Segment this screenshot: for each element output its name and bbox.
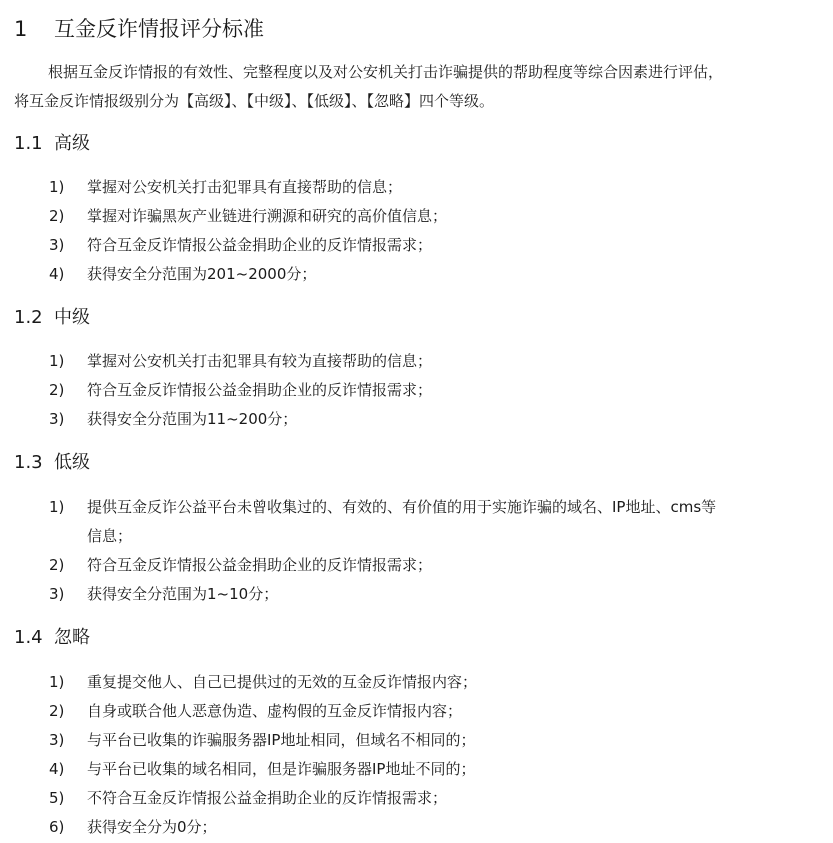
heading-title: 互金反诈情报评分标准 bbox=[54, 17, 264, 41]
list-text: 符合互金反诈情报公益金捐助企业的反诈情报需求； bbox=[87, 376, 432, 405]
section-heading-medium: 1.2中级 bbox=[14, 304, 90, 332]
section-heading-low: 1.3低级 bbox=[14, 449, 90, 477]
list-item: 5)不符合互金反诈情报公益金捐助企业的反诈情报需求； bbox=[49, 784, 447, 813]
section-title: 中级 bbox=[54, 307, 90, 328]
intro-paragraph-line-1: 根据互金反诈情报的有效性、完整程度以及对公安机关打击诈骗提供的帮助程度等综合因素… bbox=[14, 58, 814, 87]
list-marker: 2) bbox=[49, 551, 87, 580]
list-item: 2)符合互金反诈情报公益金捐助企业的反诈情报需求； bbox=[49, 376, 432, 405]
list-text: 自身或联合他人恶意伪造、虚构假的互金反诈情报内容； bbox=[87, 697, 462, 726]
intro-paragraph-line-2: 将互金反诈情报级别分为【高级】、【中级】、【低级】、【忽略】四个等级。 bbox=[14, 87, 814, 116]
list-text-line-2: 信息； bbox=[87, 522, 716, 551]
list-text: 与平台已收集的域名相同，但是诈骗服务器IP地址不同的； bbox=[87, 755, 475, 784]
list-item: 1)掌握对公安机关打击犯罪具有直接帮助的信息； bbox=[49, 173, 402, 202]
section-number: 1.4 bbox=[14, 624, 54, 652]
list-item: 3)获得安全分范围为11~200分； bbox=[49, 405, 297, 434]
list-item: 1)提供互金反诈公益平台未曾收集过的、有效的、有价值的用于实施诈骗的域名、IP地… bbox=[49, 493, 716, 551]
list-marker: 3) bbox=[49, 231, 87, 260]
list-item: 6)获得安全分为0分； bbox=[49, 813, 217, 842]
list-item: 3)获得安全分范围为1~10分； bbox=[49, 580, 278, 609]
section-number: 1.1 bbox=[14, 130, 54, 158]
list-marker: 2) bbox=[49, 202, 87, 231]
list-text: 掌握对诈骗黑灰产业链进行溯源和研究的高价值信息； bbox=[87, 202, 447, 231]
list-text: 掌握对公安机关打击犯罪具有较为直接帮助的信息； bbox=[87, 347, 432, 376]
list-item: 2)符合互金反诈情报公益金捐助企业的反诈情报需求； bbox=[49, 551, 432, 580]
list-marker: 1) bbox=[49, 493, 87, 522]
list-item: 4)与平台已收集的域名相同，但是诈骗服务器IP地址不同的； bbox=[49, 755, 475, 784]
list-text: 提供互金反诈公益平台未曾收集过的、有效的、有价值的用于实施诈骗的域名、IP地址、… bbox=[87, 493, 716, 551]
list-text: 符合互金反诈情报公益金捐助企业的反诈情报需求； bbox=[87, 231, 432, 260]
list-marker: 2) bbox=[49, 376, 87, 405]
list-marker: 1) bbox=[49, 173, 87, 202]
section-number: 1.3 bbox=[14, 449, 54, 477]
section-heading-ignore: 1.4忽略 bbox=[14, 624, 90, 652]
list-marker: 3) bbox=[49, 726, 87, 755]
section-title: 低级 bbox=[54, 452, 90, 473]
list-text: 获得安全分范围为201~2000分； bbox=[87, 260, 316, 289]
list-text-line-1: 提供互金反诈公益平台未曾收集过的、有效的、有价值的用于实施诈骗的域名、IP地址、… bbox=[87, 493, 716, 522]
section-title: 忽略 bbox=[54, 627, 90, 648]
list-marker: 6) bbox=[49, 813, 87, 842]
list-item: 2)掌握对诈骗黑灰产业链进行溯源和研究的高价值信息； bbox=[49, 202, 447, 231]
list-text: 不符合互金反诈情报公益金捐助企业的反诈情报需求； bbox=[87, 784, 447, 813]
main-heading: 1互金反诈情报评分标准 bbox=[14, 14, 264, 44]
list-text: 掌握对公安机关打击犯罪具有直接帮助的信息； bbox=[87, 173, 402, 202]
list-text: 获得安全分范围为11~200分； bbox=[87, 405, 297, 434]
section-heading-high: 1.1高级 bbox=[14, 130, 90, 158]
list-marker: 1) bbox=[49, 347, 87, 376]
list-marker: 3) bbox=[49, 580, 87, 609]
list-item: 1)重复提交他人、自己已提供过的无效的互金反诈情报内容； bbox=[49, 668, 477, 697]
list-marker: 1) bbox=[49, 668, 87, 697]
section-number: 1.2 bbox=[14, 304, 54, 332]
list-marker: 4) bbox=[49, 755, 87, 784]
list-text: 获得安全分范围为1~10分； bbox=[87, 580, 278, 609]
list-item: 3)符合互金反诈情报公益金捐助企业的反诈情报需求； bbox=[49, 231, 432, 260]
list-marker: 3) bbox=[49, 405, 87, 434]
list-marker: 2) bbox=[49, 697, 87, 726]
list-item: 4)获得安全分范围为201~2000分； bbox=[49, 260, 316, 289]
list-text: 与平台已收集的诈骗服务器IP地址相同，但域名不相同的； bbox=[87, 726, 475, 755]
list-text: 重复提交他人、自己已提供过的无效的互金反诈情报内容； bbox=[87, 668, 477, 697]
list-text: 符合互金反诈情报公益金捐助企业的反诈情报需求； bbox=[87, 551, 432, 580]
list-item: 2)自身或联合他人恶意伪造、虚构假的互金反诈情报内容； bbox=[49, 697, 462, 726]
list-item: 3)与平台已收集的诈骗服务器IP地址相同，但域名不相同的； bbox=[49, 726, 475, 755]
section-title: 高级 bbox=[54, 133, 90, 154]
heading-number: 1 bbox=[14, 14, 54, 44]
list-item: 1)掌握对公安机关打击犯罪具有较为直接帮助的信息； bbox=[49, 347, 432, 376]
list-marker: 4) bbox=[49, 260, 87, 289]
list-marker: 5) bbox=[49, 784, 87, 813]
list-text: 获得安全分为0分； bbox=[87, 813, 217, 842]
